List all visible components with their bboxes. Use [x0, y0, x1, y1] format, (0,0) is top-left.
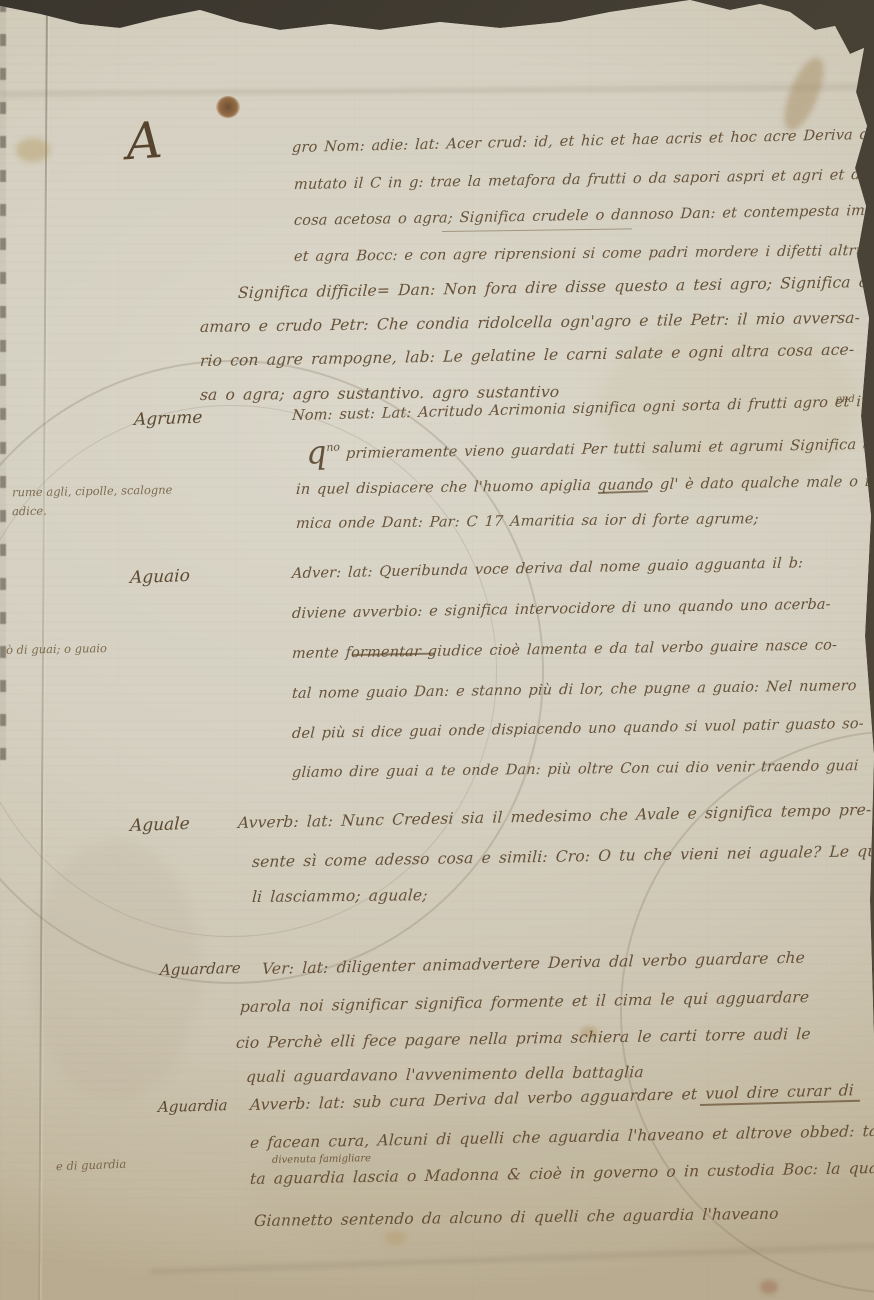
margin-note: adice.: [12, 504, 47, 519]
paper-sheet: A gro Nom: adie: lat: Acer crud: id, et …: [0, 0, 874, 1300]
entry-headword-agrume: Agrume: [134, 408, 203, 430]
entry-headword-aguardare: Aguardare: [160, 959, 242, 979]
abbreviation-glyph: qno: [305, 435, 341, 469]
manuscript-scan: A gro Nom: adie: lat: Acer crud: id, et …: [0, 0, 874, 1300]
stain: [760, 1280, 778, 1294]
stain: [243, 10, 259, 21]
stain: [16, 138, 50, 162]
margin-note: rume agli, cipolle, scalogne: [12, 483, 173, 500]
entry-headword-aguale: Aguale: [130, 814, 190, 836]
interlinear-note: divenuta famigliare: [272, 1153, 371, 1166]
margin-note: ò di guai; o guaio: [6, 641, 107, 657]
abbreviation-letter: q: [305, 433, 327, 472]
manuscript-line: sa o agra; agro sustantivo. agro sustant…: [199, 383, 559, 404]
margin-note: e di guardia: [56, 1157, 127, 1173]
entry-headword-aguaio: Aguaio: [130, 566, 191, 588]
dark-spot: [836, 4, 848, 16]
entry-headword-aguardia: Aguardia: [158, 1096, 228, 1116]
entry-initial-a: A: [124, 111, 164, 171]
correction-mark: end: [836, 394, 855, 405]
abbreviation-superscript: no: [326, 440, 340, 454]
manuscript-line: li lasciammo; aguale;: [251, 886, 428, 906]
ink-blot-stain: [216, 96, 240, 118]
